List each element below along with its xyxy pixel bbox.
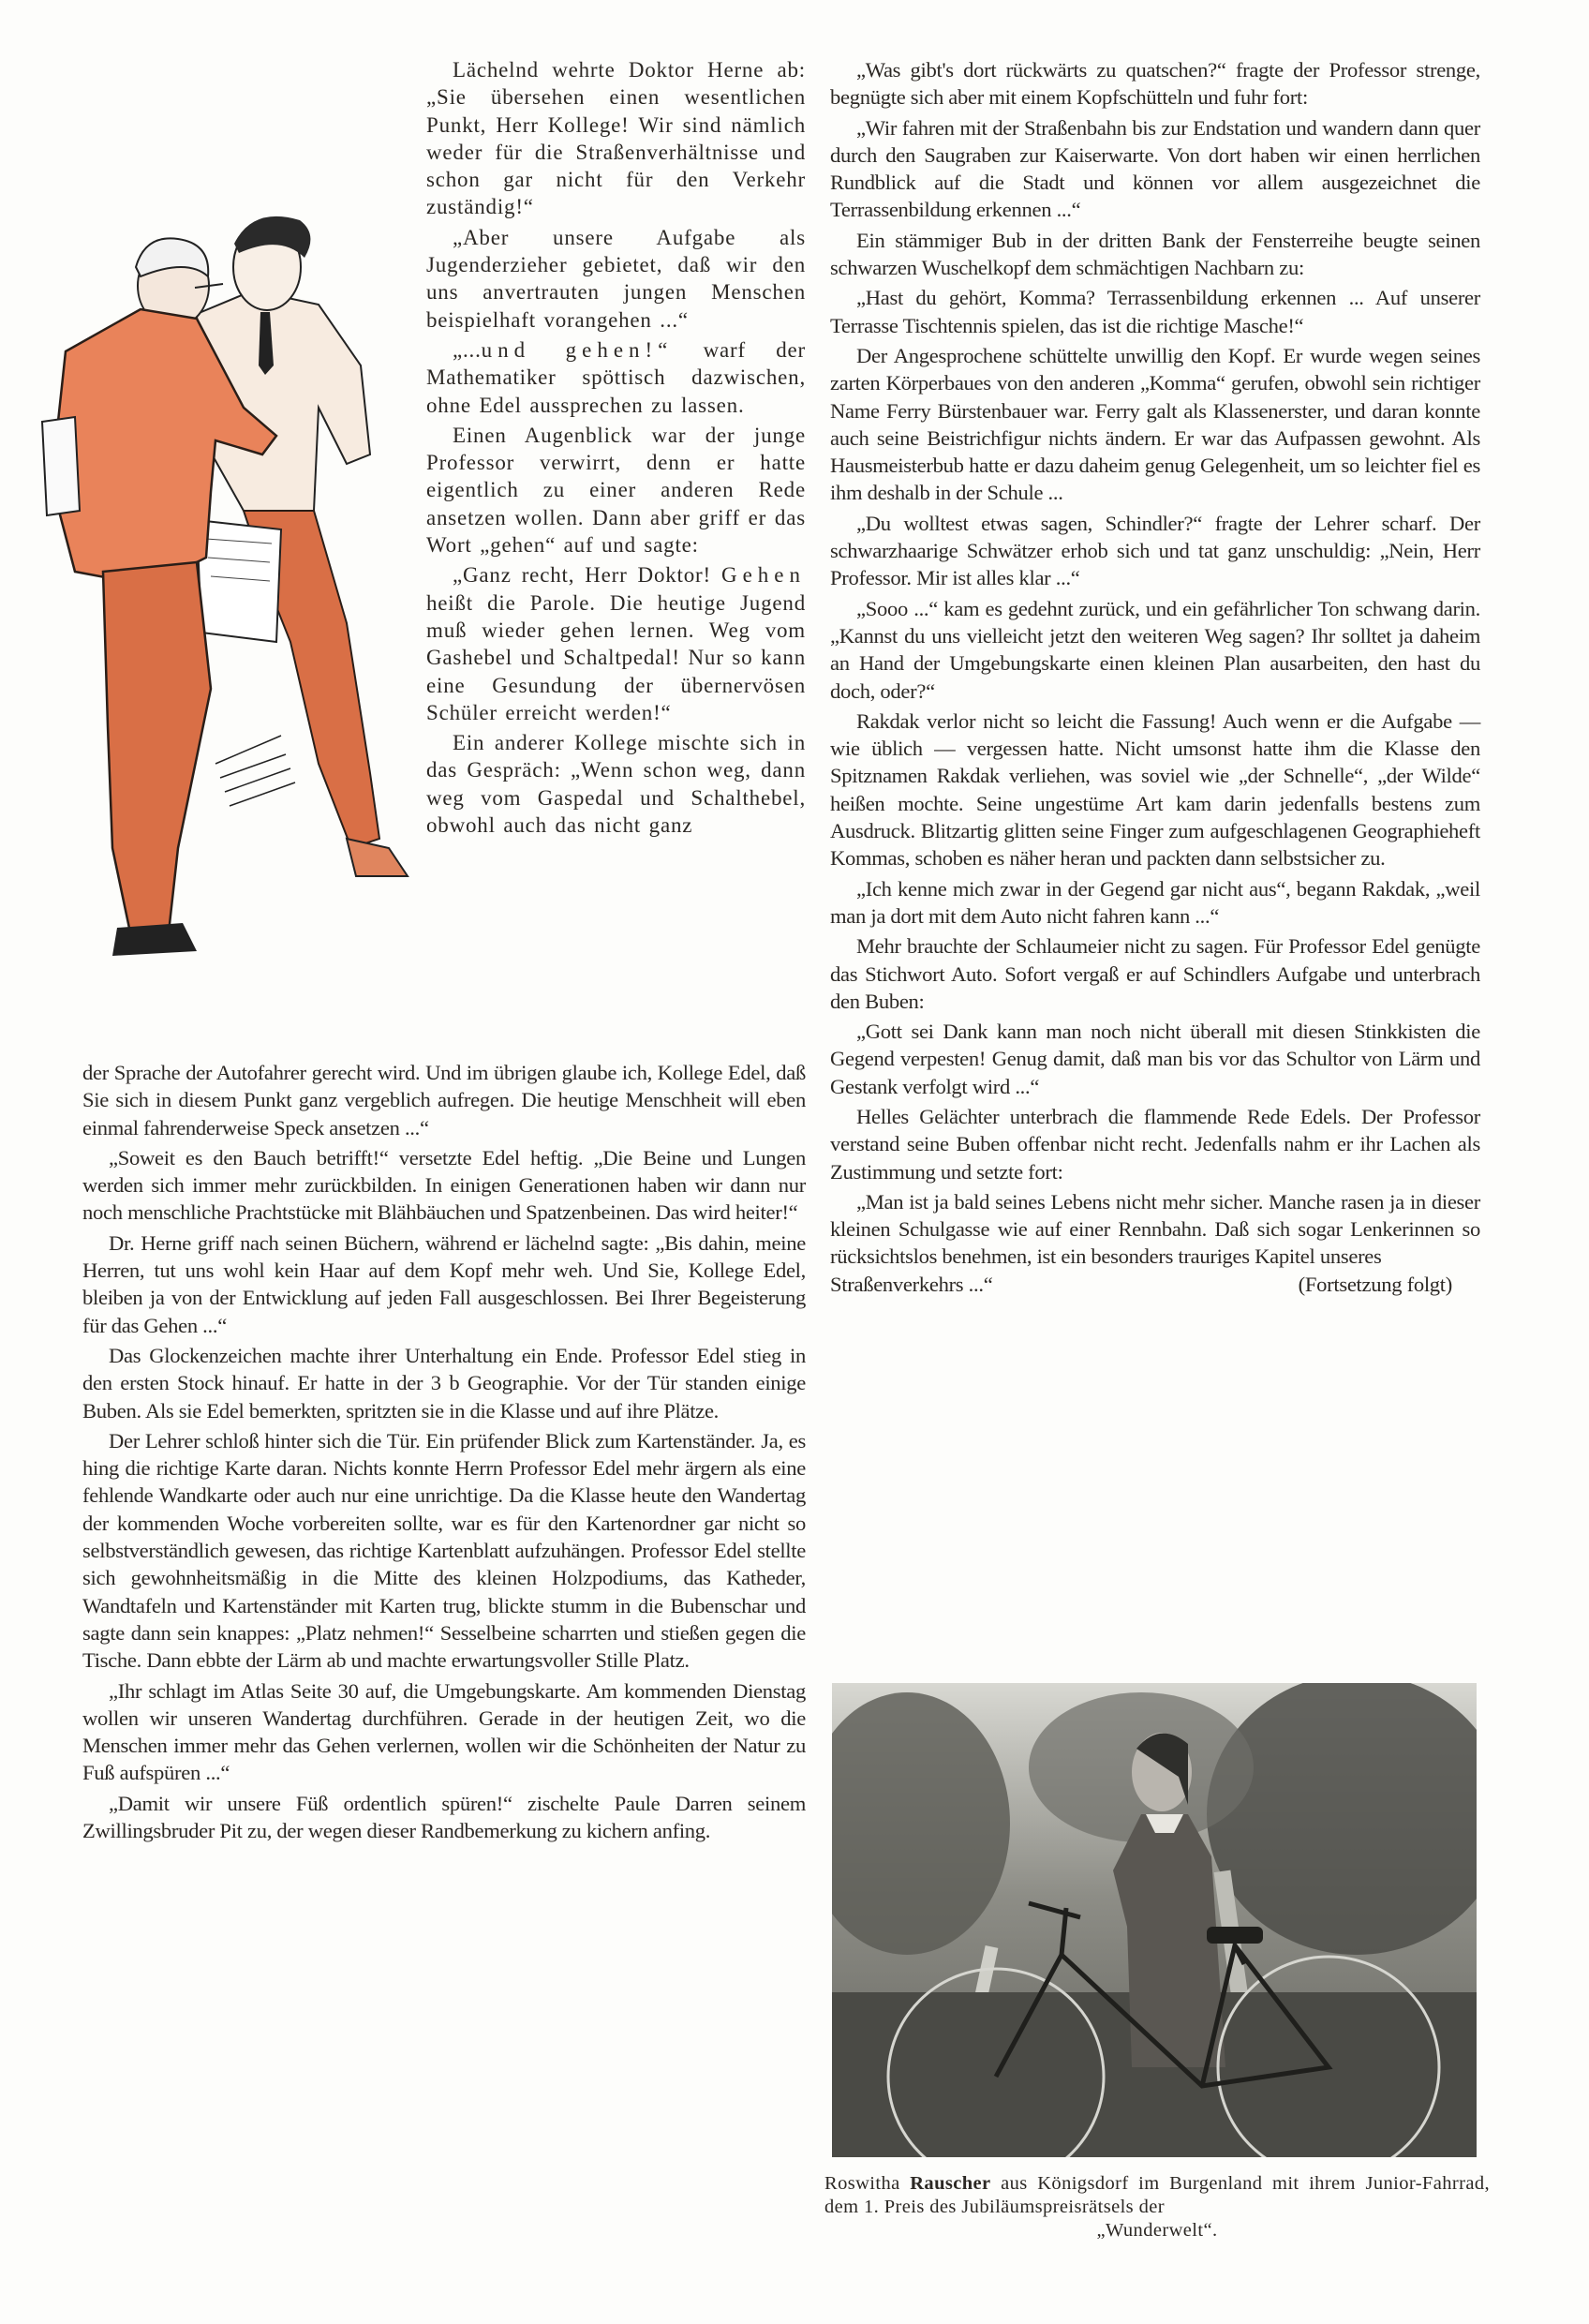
- paragraph: „Aber unsere Aufgabe als Jugenderzieher …: [426, 224, 806, 334]
- text: „Ganz recht, Herr Doktor!: [453, 563, 721, 587]
- paragraph: Ein anderer Kollege mischte sich in das …: [426, 729, 806, 839]
- left-column-wrapped-text: Lächelnd wehrte Doktor Herne ab: „Sie üb…: [426, 56, 806, 842]
- left-column-full-text: der Sprache der Autofahrer gerecht wird.…: [82, 1059, 806, 1847]
- paragraph: „Gott sei Dank kann man noch nicht übera…: [830, 1018, 1480, 1100]
- paragraph: „Damit wir unsere Füß ordentlich spüren!…: [82, 1790, 806, 1845]
- paragraph: Ein stämmiger Bub in der dritten Bank de…: [830, 227, 1480, 282]
- paragraph: „Soweit es den Bauch betrifft!“ versetzt…: [82, 1144, 806, 1227]
- paragraph: „Man ist ja bald seines Lebens nicht meh…: [830, 1188, 1480, 1271]
- paragraph: Der Lehrer schloß hinter sich die Tür. E…: [82, 1427, 806, 1675]
- right-column-text: „Was gibt's dort rückwärts zu quatschen?…: [830, 56, 1480, 1298]
- illustration-two-teachers: [37, 201, 412, 979]
- caption-text: Roswitha: [824, 2173, 910, 2194]
- paragraph: „Ganz recht, Herr Doktor! Gehen heißt di…: [426, 561, 806, 726]
- spaced-emphasis: Gehen: [721, 563, 806, 587]
- paragraph: Einen Augenblick war der junge Professor…: [426, 422, 806, 559]
- continuation-note: (Fortsetzung folgt): [1299, 1271, 1480, 1298]
- paragraph: „Ich kenne mich zwar in der Gegend gar n…: [830, 875, 1480, 931]
- paragraph: „Wir fahren mit der Straßenbahn bis zur …: [830, 114, 1480, 224]
- paragraph: „Ihr schlagt im Atlas Seite 30 auf, die …: [82, 1677, 806, 1787]
- spaced-emphasis: und gehen!“: [482, 338, 674, 362]
- text: „...: [453, 338, 482, 362]
- paragraph: Helles Gelächter unterbrach die flammend…: [830, 1103, 1480, 1185]
- paragraph: Lächelnd wehrte Doktor Herne ab: „Sie üb…: [426, 56, 806, 221]
- paragraph: Mehr brauchte der Schlaumeier nicht zu s…: [830, 932, 1480, 1015]
- paragraph: Das Glockenzeichen machte ihrer Unterhal…: [82, 1342, 806, 1424]
- paragraph: „Was gibt's dort rückwärts zu quatschen?…: [830, 56, 1480, 112]
- paragraph: Dr. Herne griff nach seinen Büchern, wäh…: [82, 1229, 806, 1339]
- photo-caption: Roswitha Rauscher aus Königsdorf im Burg…: [824, 2172, 1490, 2242]
- last-line: Straßenverkehrs ...“: [830, 1271, 992, 1298]
- caption-name: Rauscher: [910, 2173, 990, 2194]
- closing-line: Straßenverkehrs ...“ (Fortsetzung folgt): [830, 1271, 1480, 1298]
- teachers-drawing-icon: [37, 201, 412, 979]
- paragraph: Der Angesprochene schüttelte unwillig de…: [830, 342, 1480, 507]
- paragraph: „...und gehen!“ warf der Mathematiker sp…: [426, 336, 806, 419]
- magazine-page: Lächelnd wehrte Doktor Herne ab: „Sie üb…: [0, 0, 1589, 2324]
- paragraph: Rakdak verlor nicht so leicht die Fassun…: [830, 708, 1480, 872]
- paragraph: „Du wolltest etwas sagen, Schindler?“ fr…: [830, 510, 1480, 592]
- paragraph: „Sooo ...“ kam es gedehnt zurück, und ei…: [830, 595, 1480, 705]
- bicycle-photo-icon: [832, 1683, 1477, 2157]
- paragraph: „Hast du gehört, Komma? Terrassenbildung…: [830, 284, 1480, 339]
- photo-girl-with-bicycle: [832, 1683, 1477, 2157]
- text: heißt die Parole. Die heutige Jugend muß…: [426, 591, 806, 724]
- paragraph: der Sprache der Autofahrer gerecht wird.…: [82, 1059, 806, 1141]
- caption-last-line: „Wunderwelt“.: [824, 2219, 1490, 2242]
